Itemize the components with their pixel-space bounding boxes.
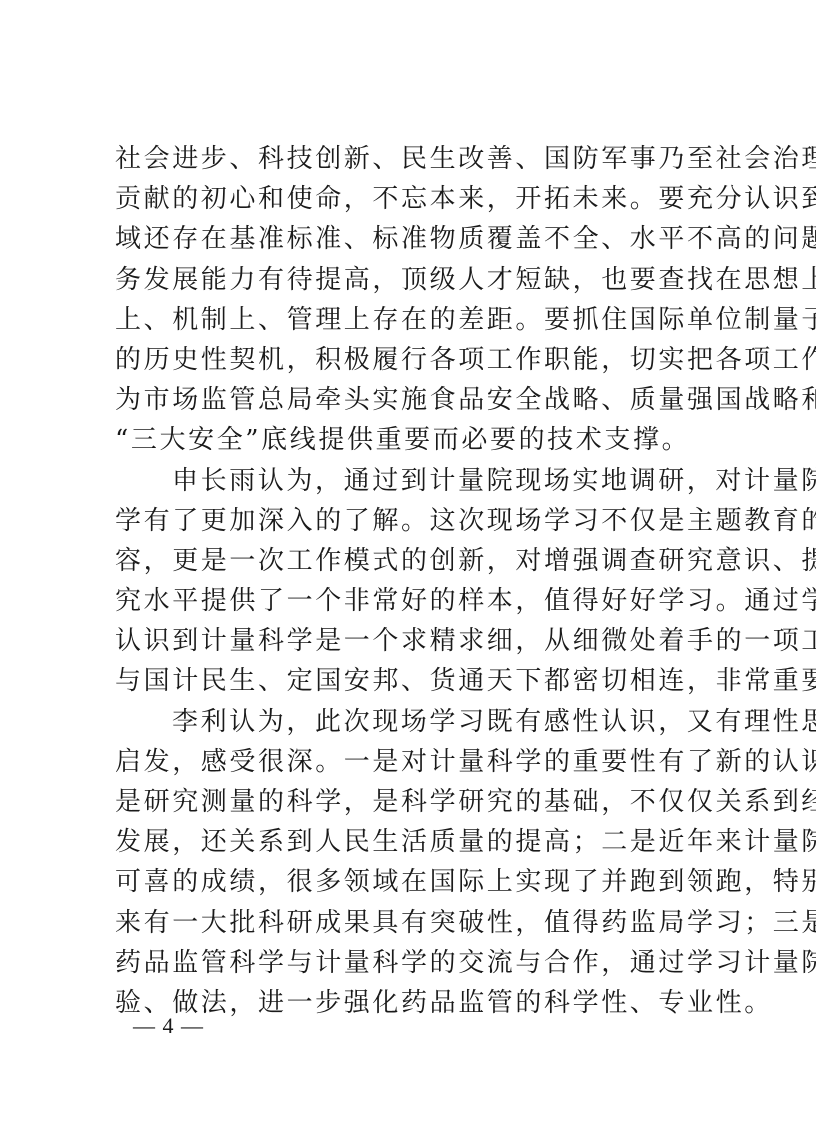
text-line: 启发，感受很深。一是对计量科学的重要性有了新的认识，计量 [115, 742, 747, 782]
text-line: 社会进步、科技创新、民生改善、国防军事乃至社会治理现代化作 [115, 139, 747, 179]
paragraph-shen-changyu: 申长雨认为，通过到计量院现场实地调研，对计量院和计量科 学有了更加深入的了解。这… [115, 461, 750, 702]
page-number: — 4 — [133, 1013, 204, 1039]
text-line: 域还存在基准标准、标准物质覆盖不全、水平不高的问题，计量服 [115, 219, 747, 259]
text-line: 是研究测量的科学，是科学研究的基础，不仅仅关系到经济社会 [115, 782, 747, 822]
text-line: 验、做法，进一步强化药品监管的科学性、专业性。 [115, 983, 747, 1023]
text-line: 的历史性契机，积极履行各项工作职能，切实把各项工作做扎实， [115, 340, 747, 380]
text-line: 发展，还关系到人民生活质量的提高；二是近年来计量院取得了 [115, 822, 747, 862]
text-line: 上、机制上、管理上存在的差距。要抓住国际单位制量子化变革 [115, 300, 747, 340]
text-line: 可喜的成绩，很多领域在国际上实现了并跑到领跑，特别是近年 [115, 862, 747, 902]
text-line: 申长雨认为，通过到计量院现场实地调研，对计量院和计量科 [115, 461, 747, 501]
text-line: 药品监管科学与计量科学的交流与合作，通过学习计量院好的经 [115, 943, 747, 983]
text-line: 贡献的初心和使命，不忘本来，开拓未来。要充分认识到，一些领 [115, 179, 747, 219]
text-line: “三大安全”底线提供重要而必要的技术支撑。 [115, 420, 747, 460]
text-line: 与国计民生、定国安邦、货通天下都密切相连，非常重要。 [115, 661, 747, 701]
body-text: 社会进步、科技创新、民生改善、国防军事乃至社会治理现代化作 贡献的初心和使命，不… [115, 139, 750, 1023]
text-line: 来有一大批科研成果具有突破性，值得药监局学习；三是要加强 [115, 903, 747, 943]
text-line: 为市场监管总局牵头实施食品安全战略、质量强国战略和守护 [115, 380, 747, 420]
text-line: 务发展能力有待提高，顶级人才短缺，也要查找在思想上、工作 [115, 260, 747, 300]
text-line: 认识到计量科学是一个求精求细，从细微处着手的一项工作，计量 [115, 621, 747, 661]
paragraph-li-li: 李利认为，此次现场学习既有感性认识，又有理性思考，很受 启发，感受很深。一是对计… [115, 702, 750, 1024]
text-line: 容，更是一次工作模式的创新，对增强调查研究意识、提高调查研 [115, 541, 747, 581]
paragraph-continuation: 社会进步、科技创新、民生改善、国防军事乃至社会治理现代化作 贡献的初心和使命，不… [115, 139, 750, 461]
text-line: 究水平提供了一个非常好的样本，值得好好学习。通过学习，深刻 [115, 581, 747, 621]
text-line: 李利认为，此次现场学习既有感性认识，又有理性思考，很受 [115, 702, 747, 742]
text-line: 学有了更加深入的了解。这次现场学习不仅是主题教育的一项内 [115, 501, 747, 541]
document-page: 社会进步、科技创新、民生改善、国防军事乃至社会治理现代化作 贡献的初心和使命，不… [0, 0, 816, 1145]
